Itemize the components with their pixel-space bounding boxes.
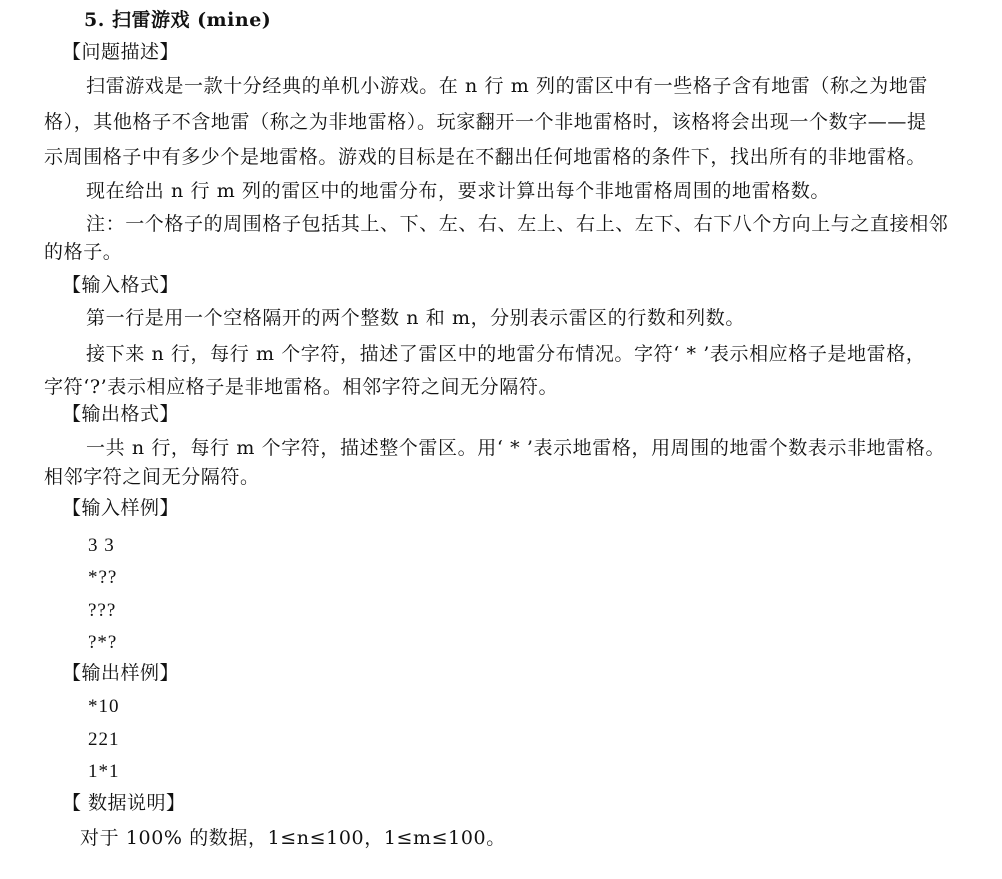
output-format-line: 相邻字符之间无分隔符。	[44, 465, 260, 489]
sample-input-line: ?*?	[88, 631, 117, 655]
input-format-line: 接下来 n 行，每行 m 个字符，描述了雷区中的地雷分布情况。字符‘ * ’表示…	[86, 342, 925, 366]
problem-page: 5. 扫雷游戏 (mine) 【问题描述】 扫雷游戏是一款十分经典的单机小游戏。…	[0, 0, 1002, 879]
output-format-heading: 【输出格式】	[62, 402, 179, 426]
sample-input-line: 3 3	[88, 534, 115, 558]
description-line: 示周围格子中有多少个是地雷格。游戏的目标是在不翻出任何地雷格的条件下，找出所有的…	[44, 145, 926, 169]
description-line: 注：一个格子的周围格子包括其上、下、左、右、左上、右上、左下、右下八个方向上与之…	[86, 212, 948, 236]
sample-output-line: 221	[88, 728, 120, 752]
data-notes-heading: 【 数据说明】	[62, 791, 186, 815]
description-line: 现在给出 n 行 m 列的雷区中的地雷分布，要求计算出每个非地雷格周围的地雷格数…	[86, 179, 830, 203]
description-line: 扫雷游戏是一款十分经典的单机小游戏。在 n 行 m 列的雷区中有一些格子含有地雷…	[86, 74, 928, 98]
sample-output-line: 1*1	[88, 760, 120, 784]
sample-output-line: *10	[88, 695, 120, 719]
description-heading: 【问题描述】	[62, 40, 179, 64]
sample-input-heading: 【输入样例】	[62, 496, 179, 520]
problem-title: 5. 扫雷游戏 (mine)	[84, 8, 271, 32]
sample-input-line: *??	[88, 566, 117, 590]
description-line: 的格子。	[44, 240, 122, 264]
input-format-line: 字符‘?’表示相应格子是非地雷格。相邻字符之间无分隔符。	[44, 375, 558, 399]
description-line: 格），其他格子不含地雷（称之为非地雷格）。玩家翻开一个非地雷格时，该格将会出现一…	[44, 110, 927, 134]
input-format-line: 第一行是用一个空格隔开的两个整数 n 和 m，分别表示雷区的行数和列数。	[86, 306, 745, 330]
data-notes-line: 对于 100% 的数据，1≤n≤100，1≤m≤100。	[80, 826, 506, 850]
sample-output-heading: 【输出样例】	[62, 661, 179, 685]
output-format-line: 一共 n 行，每行 m 个字符，描述整个雷区。用‘ * ’表示地雷格，用周围的地…	[86, 436, 945, 460]
input-format-heading: 【输入格式】	[62, 273, 179, 297]
sample-input-line: ???	[88, 599, 116, 623]
